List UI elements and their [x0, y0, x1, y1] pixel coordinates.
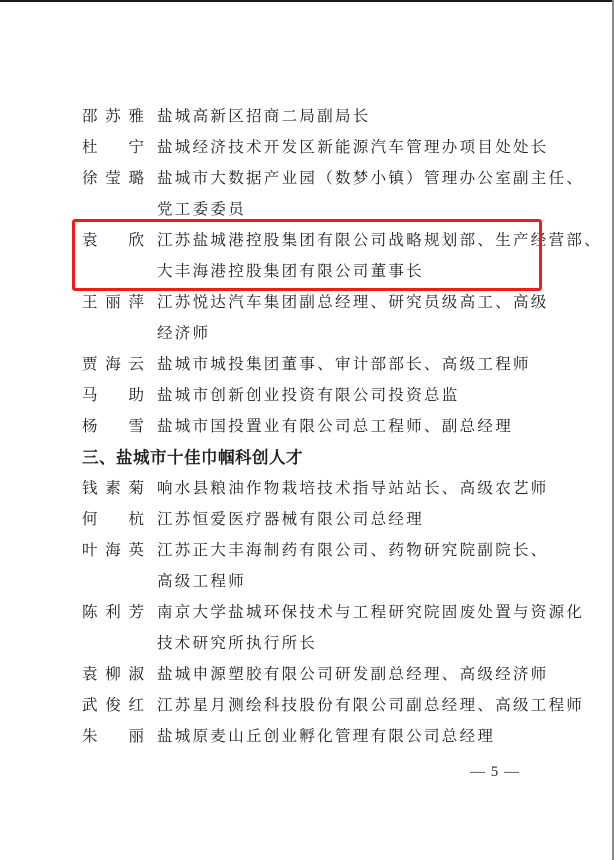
highlight-box: [72, 219, 542, 291]
person-name: 叶海英: [82, 535, 146, 566]
person-title: 高级工程师: [157, 566, 246, 597]
person-title: 盐城市创新创业投资有限公司投资总监: [157, 380, 460, 411]
person-name: 钱素菊: [82, 473, 146, 504]
person-title: 盐城高新区招商二局副局长: [157, 101, 371, 132]
page-number: — 5 —: [470, 760, 520, 784]
person-name: 徐莹璐: [82, 163, 146, 194]
person-name: 王丽萍: [82, 287, 146, 318]
person-name: 陈利芳: [82, 597, 146, 628]
person-title: 盐城市大数据产业园（数梦小镇）管理办公室副主任、: [157, 163, 584, 194]
person-title: 盐城申源塑胶有限公司研发副总经理、高级经济师: [157, 659, 549, 690]
person-title: 盐城原麦山丘创业孵化管理有限公司总经理: [157, 721, 495, 752]
person-name: 杨雪: [82, 411, 146, 442]
person-name: 马助: [82, 380, 146, 411]
person-name: 武俊红: [82, 690, 146, 721]
person-title: 南京大学盐城环保技术与工程研究院固废处置与资源化: [157, 597, 584, 628]
person-title: 盐城市城投集团董事、审计部部长、高级工程师: [157, 349, 531, 380]
person-name: 袁柳淑: [82, 659, 146, 690]
person-title: 江苏悦达汽车集团副总经理、研究员级高工、高级: [157, 287, 549, 318]
document-page: 邵苏雅盐城高新区招商二局副局长杜宁盐城经济技术开发区新能源汽车管理办项目处处长徐…: [0, 0, 614, 860]
person-title: 江苏星月测绘科技股份有限公司副总经理、高级工程师: [157, 690, 584, 721]
person-title: 盐城经济技术开发区新能源汽车管理办项目处处长: [157, 132, 549, 163]
person-name: 何杭: [82, 504, 146, 535]
person-name: 朱丽: [82, 721, 146, 752]
person-title: 江苏恒爱医疗器械有限公司总经理: [157, 504, 424, 535]
person-name: 杜宁: [82, 132, 146, 163]
person-title: 盐城市国投置业有限公司总工程师、副总经理: [157, 411, 513, 442]
person-title: 江苏正大丰海制药有限公司、药物研究院副院长、: [157, 535, 549, 566]
person-name: 贾海云: [82, 349, 146, 380]
person-name: 邵苏雅: [82, 101, 146, 132]
person-title: 响水县粮油作物栽培技术指导站站长、高级农艺师: [157, 473, 549, 504]
section-heading: 三、盐城市十佳巾帼科创人才: [82, 442, 303, 473]
person-title: 经济师: [157, 318, 210, 349]
person-title: 技术研究所执行所长: [157, 628, 317, 659]
